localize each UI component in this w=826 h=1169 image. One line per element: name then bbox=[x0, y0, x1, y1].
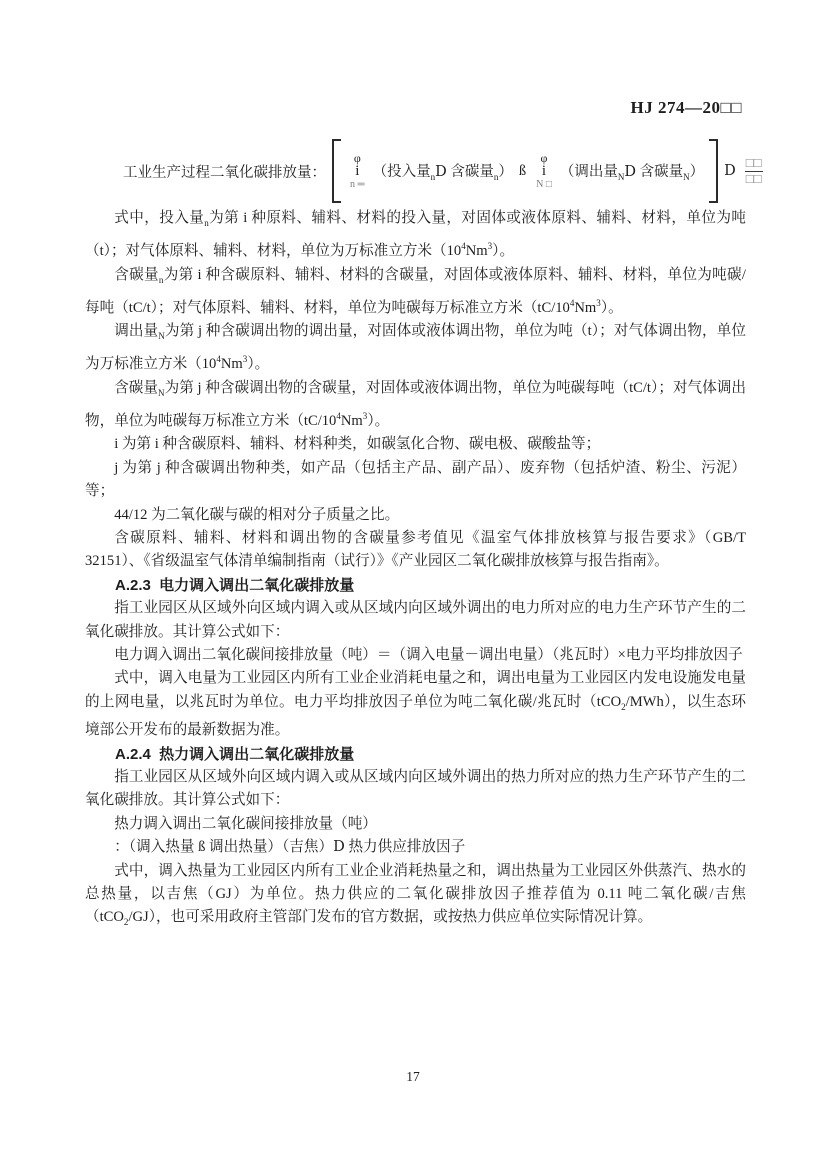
heat-formula-line2: ：（调入热量 ß 调出热量）（吉焦）Ⅾ 热力供应排放因子 bbox=[85, 836, 746, 859]
a24-note: 式中，调入热量为工业园区内所有工业企业消耗热量之和，调出热量为工业园区外供蒸汽、… bbox=[85, 860, 746, 935]
input-term: （投入量nⅮ 含碳量n） bbox=[373, 160, 513, 182]
document-body: 式中，投入量n为第 i 种原料、辅料、材料的投入量，对固体或液体原料、辅料、材料… bbox=[85, 207, 746, 935]
times-operator: Ⅾ bbox=[724, 163, 736, 180]
electricity-formula: 电力调入调出二氧化碳间接排放量（吨）＝（调入电量－调出电量）（兆瓦时）×电力平均… bbox=[85, 644, 746, 667]
heading-a24: A.2.4 热力调入调出二氧化碳排放量 bbox=[85, 743, 746, 766]
a23-intro: 指工业园区从区域外向区域内调入或从区域内向区域外调出的电力所对应的电力生产环节产… bbox=[85, 597, 746, 644]
sum1-index: i bbox=[355, 164, 359, 180]
output-term: （调出量NⅮ 含碳量N） bbox=[560, 160, 704, 182]
heat-formula-line1: 热力调入调出二氧化碳间接排放量（吨） bbox=[85, 813, 746, 836]
sum2-index: i bbox=[542, 164, 546, 180]
definition-input-quantity: 式中，投入量n为第 i 种原料、辅料、材料的投入量，对固体或液体原料、辅料、材料… bbox=[85, 207, 746, 264]
summation-symbol-2: φ i N □ bbox=[536, 152, 552, 191]
definition-index-j: j 为第 j 种含碳调出物种类，如产品（包括主产品、副产品）、废弃物（包括炉渣、… bbox=[85, 457, 746, 504]
page-number: 17 bbox=[0, 1069, 826, 1085]
left-bracket bbox=[332, 139, 341, 203]
reference-standards: 含碳原料、辅料、材料和调出物的含碳量参考值见《温室气体排放核算与报告要求》（GB… bbox=[85, 527, 746, 574]
sum1-lower-limit: n ═ bbox=[350, 180, 365, 191]
fraction-denominator: □□ bbox=[746, 172, 762, 186]
industrial-process-formula: 工业生产过程二氧化碳排放量： φ i n ═ （投入量nⅮ 含碳量n） ß φ … bbox=[123, 136, 763, 206]
definition-carbon-content-output: 含碳量N为第 j 种含碳调出物的含碳量，对固体或液体调出物，单位为吨碳每吨（tC… bbox=[85, 377, 746, 434]
document-page: HJ 274—20□□ 工业生产过程二氧化碳排放量： φ i n ═ （投入量n… bbox=[0, 0, 826, 1169]
definition-mass-ratio: 44/12 为二氧化碳与碳的相对分子质量之比。 bbox=[85, 504, 746, 527]
definition-index-i: i 为第 i 种含碳原料、辅料、材料种类，如碳氢化合物、碳电极、碳酸盐等； bbox=[85, 433, 746, 456]
definition-carbon-content-input: 含碳量n为第 i 种含碳原料、辅料、材料的含碳量，对固体或液体原料、辅料、材料，… bbox=[85, 264, 746, 321]
document-code: HJ 274—20□□ bbox=[630, 98, 742, 118]
mass-ratio-fraction: □□ □□ bbox=[745, 156, 763, 187]
sum2-lower-limit: N □ bbox=[536, 180, 552, 191]
a24-intro: 指工业园区从区域外向区域内调入或从区域内向区域外调出的热力所对应的热力生产环节产… bbox=[85, 766, 746, 813]
definition-output-quantity: 调出量N为第 j 种含碳调出物的调出量，对固体或液体调出物，单位为吨（t）；对气… bbox=[85, 320, 746, 377]
right-bracket bbox=[709, 139, 718, 203]
a23-note: 式中，调入电量为工业园区内所有工业企业消耗电量之和，调出电量为工业园区内发电设施… bbox=[85, 667, 746, 742]
fraction-numerator: □□ bbox=[745, 156, 763, 172]
summation-symbol-1: φ i n ═ bbox=[350, 152, 365, 191]
heading-a23: A.2.3 电力调入调出二氧化碳排放量 bbox=[85, 574, 746, 597]
formula-label: 工业生产过程二氧化碳排放量： bbox=[123, 161, 326, 182]
minus-operator: ß bbox=[519, 163, 526, 180]
